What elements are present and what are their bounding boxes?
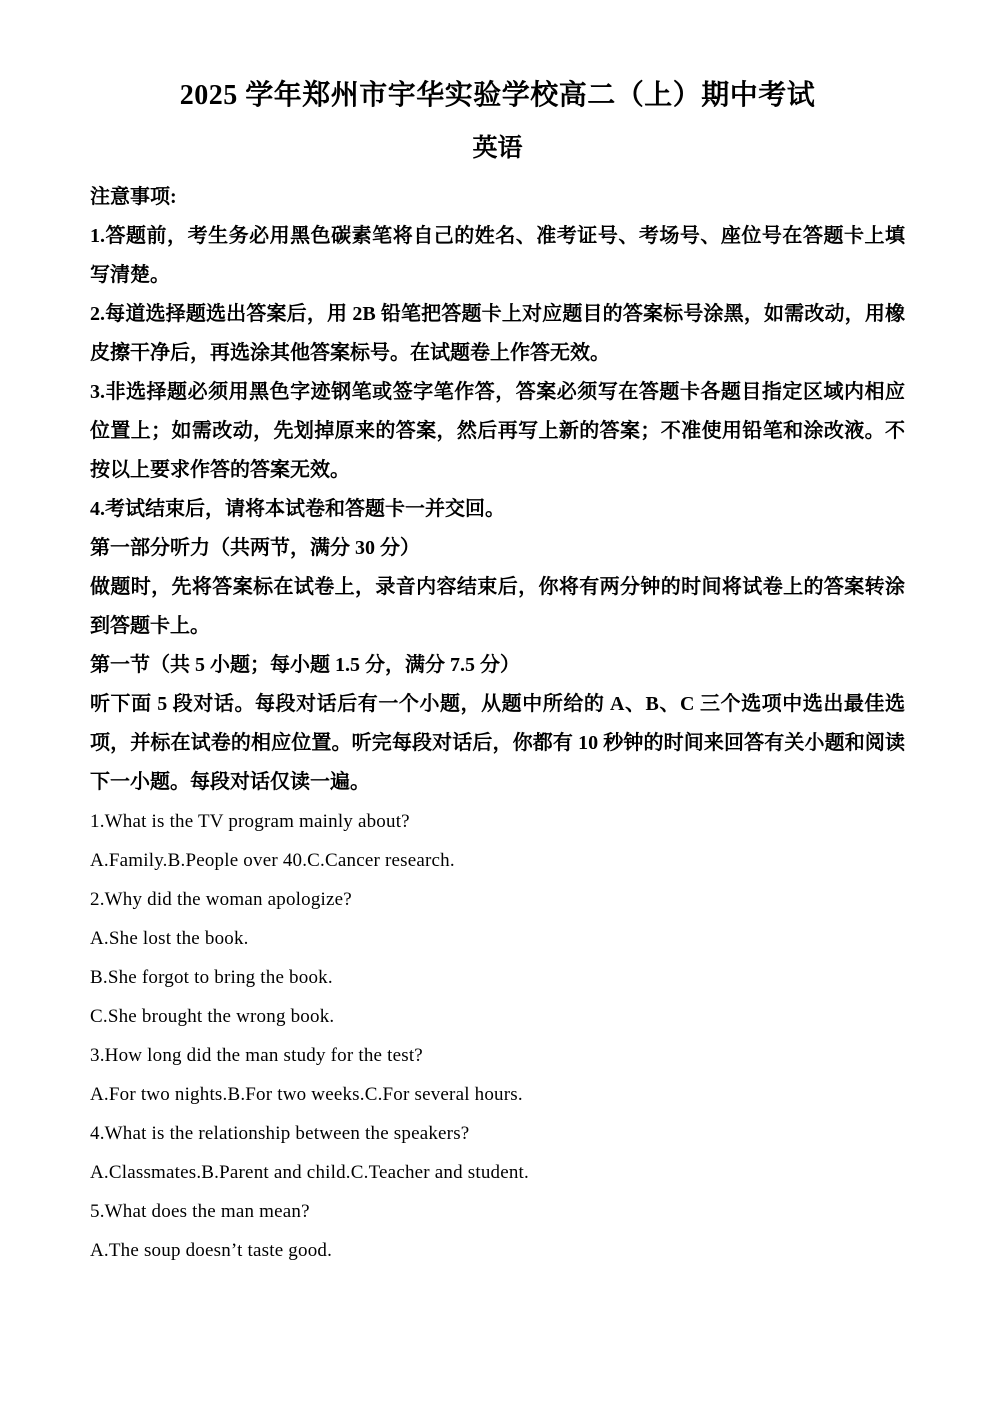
document-line: B.She forgot to bring the book. bbox=[90, 958, 905, 997]
document-line: 写清楚。 bbox=[90, 256, 905, 295]
document-line: 4.考试结束后，请将本试卷和答题卡一并交回。 bbox=[90, 490, 905, 529]
document-line: 项，并标在试卷的相应位置。听完每段对话后，你都有 10 秒钟的时间来回答有关小题… bbox=[90, 724, 905, 763]
exam-paper-page: 2025 学年郑州市宇华实验学校高二（上）期中考试 英语 注意事项:1.答题前，… bbox=[0, 0, 993, 1404]
document-line: C.She brought the wrong book. bbox=[90, 997, 905, 1036]
document-line: 3.How long did the man study for the tes… bbox=[90, 1036, 905, 1075]
document-line: 皮擦干净后，再选涂其他答案标号。在试题卷上作答无效。 bbox=[90, 334, 905, 373]
document-line: 位置上；如需改动，先划掉原来的答案，然后再写上新的答案；不准使用铅笔和涂改液。不 bbox=[90, 412, 905, 451]
document-line: 到答题卡上。 bbox=[90, 607, 905, 646]
document-line: 注意事项: bbox=[90, 178, 905, 217]
exam-body-lines: 注意事项:1.答题前，考生务必用黑色碳素笔将自己的姓名、准考证号、考场号、座位号… bbox=[90, 178, 905, 1270]
document-line: 听下面 5 段对话。每段对话后有一个小题，从题中所给的 A、B、C 三个选项中选… bbox=[90, 685, 905, 724]
document-line: 下一小题。每段对话仅读一遍。 bbox=[90, 763, 905, 802]
document-line: A.Classmates.B.Parent and child.C.Teache… bbox=[90, 1153, 905, 1192]
document-line: 做题时，先将答案标在试卷上，录音内容结束后，你将有两分钟的时间将试卷上的答案转涂 bbox=[90, 568, 905, 607]
document-line: 5.What does the man mean? bbox=[90, 1192, 905, 1231]
document-line: 2.Why did the woman apologize? bbox=[90, 880, 905, 919]
document-line: A.She lost the book. bbox=[90, 919, 905, 958]
document-line: A.Family.B.People over 40.C.Cancer resea… bbox=[90, 841, 905, 880]
document-line: 4.What is the relationship between the s… bbox=[90, 1114, 905, 1153]
document-line: 3.非选择题必须用黑色字迹钢笔或签字笔作答，答案必须写在答题卡各题目指定区域内相… bbox=[90, 373, 905, 412]
document-line: 按以上要求作答的答案无效。 bbox=[90, 451, 905, 490]
document-line: 第一部分听力（共两节，满分 30 分） bbox=[90, 529, 905, 568]
document-line: 2.每道选择题选出答案后，用 2B 铅笔把答题卡上对应题目的答案标号涂黑，如需改… bbox=[90, 295, 905, 334]
exam-title: 2025 学年郑州市宇华实验学校高二（上）期中考试 bbox=[90, 76, 905, 116]
document-line: A.For two nights.B.For two weeks.C.For s… bbox=[90, 1075, 905, 1114]
document-line: 第一节（共 5 小题；每小题 1.5 分，满分 7.5 分） bbox=[90, 646, 905, 685]
document-line: 1.答题前，考生务必用黑色碳素笔将自己的姓名、准考证号、考场号、座位号在答题卡上… bbox=[90, 217, 905, 256]
document-line: 1.What is the TV program mainly about? bbox=[90, 802, 905, 841]
exam-subject: 英语 bbox=[90, 134, 905, 164]
document-line: A.The soup doesn’t taste good. bbox=[90, 1231, 905, 1270]
